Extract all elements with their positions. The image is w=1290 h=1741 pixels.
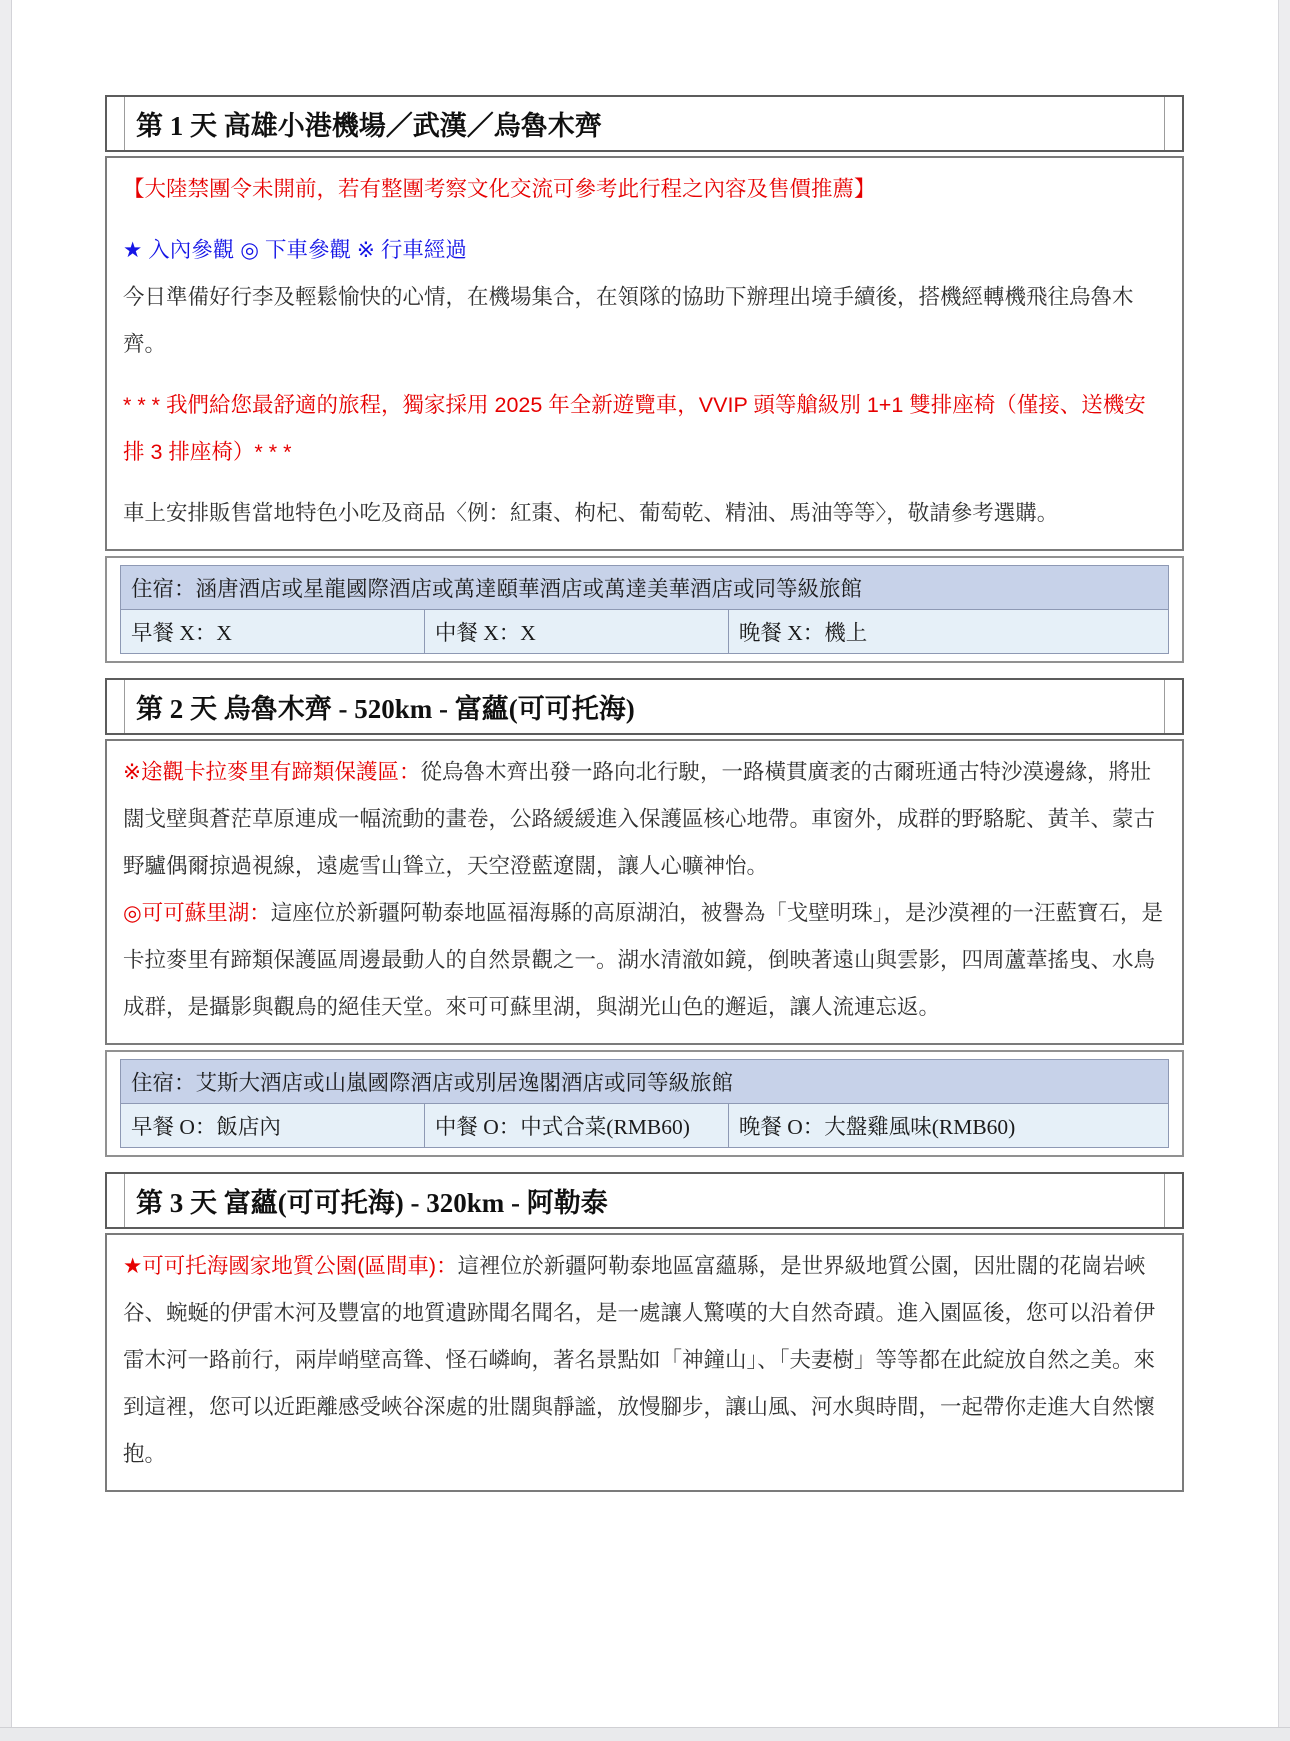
day-2-title: 第 2 天 烏魯木齊 - 520km - 富蘊(可可托海) (125, 687, 635, 726)
day-1-header: 第 1 天 高雄小港機場／武漢／烏魯木齊 (105, 95, 1184, 152)
day-1-paragraph-2: 車上安排販售當地特色小吃及商品〈例：紅棗、枸杞、葡萄乾、精油、馬油等等〉，敬請參… (123, 490, 1166, 537)
day-1-description-box: 【大陸禁團令未開前，若有整團考察文化交流可參考此行程之內容及售價推薦】 ★ 入內… (105, 156, 1184, 551)
day-1-meals-row: 早餐 X：X 中餐 X：X 晚餐 X：機上 (121, 610, 1169, 654)
day-2-lodging-table: 住宿：艾斯大酒店或山嵐國際酒店或別居逸閣酒店或同等級旅館 早餐 O：飯店內 中餐… (120, 1059, 1169, 1148)
symbol-legend: ★ 入內參觀 ◎ 下車參觀 ※ 行車經過 (123, 227, 1166, 274)
day-3-sight-1-label: ★可可托海國家地質公園(區間車)： (123, 1254, 458, 1278)
day-3-title: 第 3 天 富蘊(可可托海) - 320km - 阿勒泰 (125, 1181, 608, 1220)
day-2-sight-2-text: 這座位於新疆阿勒泰地區福海縣的高原湖泊，被譽為「戈壁明珠」，是沙漠裡的一汪藍寶石… (123, 901, 1163, 1019)
day-2-sight-1-label: ※途觀卡拉麥里有蹄類保護區： (123, 760, 421, 784)
page-edge-right (1278, 0, 1290, 1741)
day-1-notice: 【大陸禁團令未開前，若有整團考察文化交流可參考此行程之內容及售價推薦】 (123, 166, 1166, 213)
day-3-description-box: ★可可托海國家地質公園(區間車)：這裡位於新疆阿勒泰地區富蘊縣，是世界級地質公園… (105, 1233, 1184, 1492)
day-1-section: 第 1 天 高雄小港機場／武漢／烏魯木齊 【大陸禁團令未開前，若有整團考察文化交… (105, 95, 1184, 663)
day-1-lodging-table-box: 住宿：涵唐酒店或星龍國際酒店或萬達頤華酒店或萬達美華酒店或同等級旅館 早餐 X：… (105, 556, 1184, 663)
itinerary-page: { "colors": { "accent_red": "#e60000", "… (0, 0, 1290, 1741)
day-1-lodging-cell: 住宿：涵唐酒店或星龍國際酒店或萬達頤華酒店或萬達美華酒店或同等級旅館 (121, 566, 1169, 610)
day-2-header-right-spacer (1164, 680, 1182, 733)
day-3-header-right-spacer (1164, 1174, 1182, 1227)
itinerary-content: 第 1 天 高雄小港機場／武漢／烏魯木齊 【大陸禁團令未開前，若有整團考察文化交… (105, 95, 1184, 1492)
day-2-section: 第 2 天 烏魯木齊 - 520km - 富蘊(可可托海) ※途觀卡拉麥里有蹄類… (105, 678, 1184, 1157)
day-2-breakfast-cell: 早餐 O：飯店內 (121, 1104, 425, 1148)
day-1-header-left-spacer (107, 97, 125, 150)
day-2-sight-2: ◎可可蘇里湖：這座位於新疆阿勒泰地區福海縣的高原湖泊，被譽為「戈壁明珠」，是沙漠… (123, 890, 1166, 1031)
day-1-dinner-cell: 晚餐 X：機上 (728, 610, 1168, 654)
day-2-lodging-cell: 住宿：艾斯大酒店或山嵐國際酒店或別居逸閣酒店或同等級旅館 (121, 1060, 1169, 1104)
day-1-promo: * * * 我們給您最舒適的旅程，獨家採用 2025 年全新遊覽車，VVIP 頭… (123, 382, 1166, 476)
day-1-paragraph-1: 今日準備好行李及輕鬆愉快的心情，在機場集合，在領隊的協助下辦理出境手續後，搭機經… (123, 274, 1166, 368)
day-3-sight-1: ★可可托海國家地質公園(區間車)：這裡位於新疆阿勒泰地區富蘊縣，是世界級地質公園… (123, 1243, 1166, 1478)
day-2-meals-row: 早餐 O：飯店內 中餐 O：中式合菜(RMB60) 晚餐 O：大盤雞風味(RMB… (121, 1104, 1169, 1148)
day-1-breakfast-cell: 早餐 X：X (121, 610, 425, 654)
day-2-header-left-spacer (107, 680, 125, 733)
day-1-lodging-table: 住宿：涵唐酒店或星龍國際酒店或萬達頤華酒店或萬達美華酒店或同等級旅館 早餐 X：… (120, 565, 1169, 654)
day-2-sight-1: ※途觀卡拉麥里有蹄類保護區：從烏魯木齊出發一路向北行駛，一路橫貫廣袤的古爾班通古… (123, 749, 1166, 890)
day-2-lodging-table-box: 住宿：艾斯大酒店或山嵐國際酒店或別居逸閣酒店或同等級旅館 早餐 O：飯店內 中餐… (105, 1050, 1184, 1157)
day-1-title: 第 1 天 高雄小港機場／武漢／烏魯木齊 (125, 104, 602, 143)
day-1-lunch-cell: 中餐 X：X (424, 610, 728, 654)
page-edge-left (0, 0, 12, 1741)
day-3-header: 第 3 天 富蘊(可可托海) - 320km - 阿勒泰 (105, 1172, 1184, 1229)
day-2-header: 第 2 天 烏魯木齊 - 520km - 富蘊(可可托海) (105, 678, 1184, 735)
day-2-description-box: ※途觀卡拉麥里有蹄類保護區：從烏魯木齊出發一路向北行駛，一路橫貫廣袤的古爾班通古… (105, 739, 1184, 1045)
page-edge-bottom (0, 1727, 1290, 1741)
day-1-lodging-row: 住宿：涵唐酒店或星龍國際酒店或萬達頤華酒店或萬達美華酒店或同等級旅館 (121, 566, 1169, 610)
day-3-sight-1-text: 這裡位於新疆阿勒泰地區富蘊縣，是世界級地質公園，因壯闊的花崗岩峽谷、蜿蜒的伊雷木… (123, 1254, 1155, 1466)
day-2-dinner-cell: 晚餐 O：大盤雞風味(RMB60) (728, 1104, 1168, 1148)
day-3-section: 第 3 天 富蘊(可可托海) - 320km - 阿勒泰 ★可可托海國家地質公園… (105, 1172, 1184, 1492)
day-2-lunch-cell: 中餐 O：中式合菜(RMB60) (424, 1104, 728, 1148)
day-3-header-left-spacer (107, 1174, 125, 1227)
day-2-lodging-row: 住宿：艾斯大酒店或山嵐國際酒店或別居逸閣酒店或同等級旅館 (121, 1060, 1169, 1104)
day-1-header-right-spacer (1164, 97, 1182, 150)
day-2-sight-2-label: ◎可可蘇里湖： (123, 901, 271, 925)
